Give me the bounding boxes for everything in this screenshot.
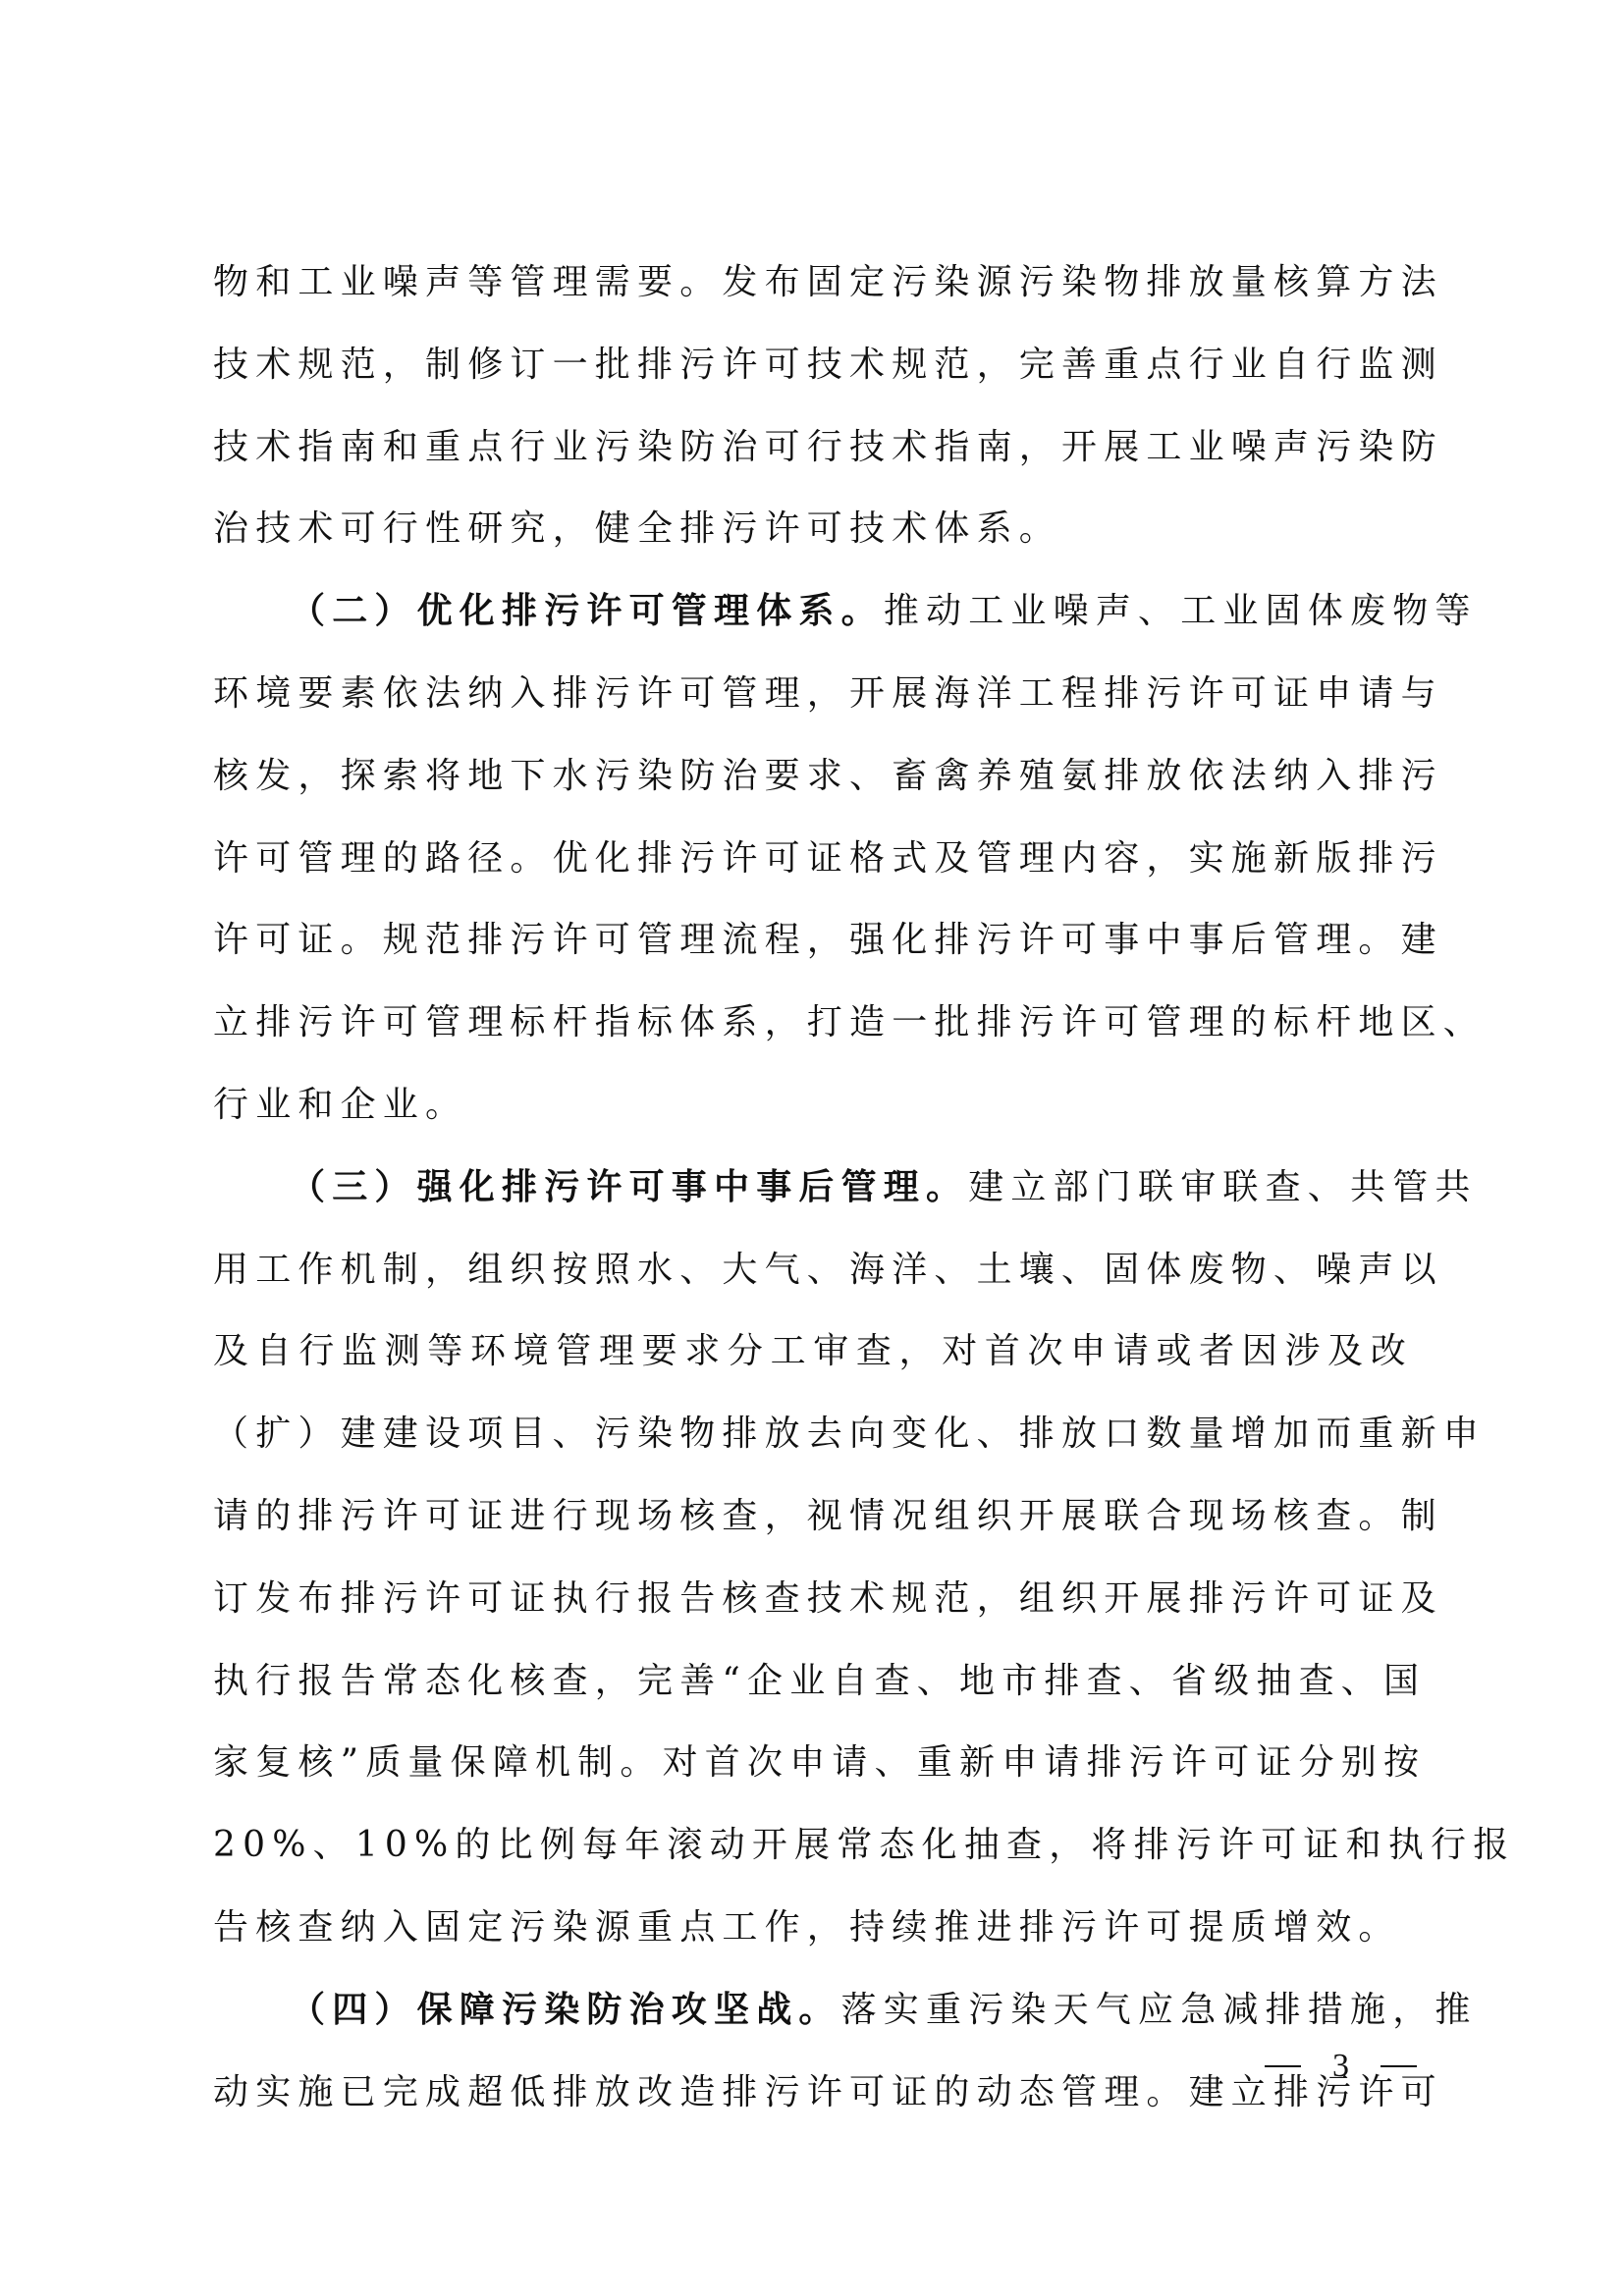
text-line: （扩）建建设项目、污染物排放去向变化、排放口数量增加而重新申 [213, 1393, 1413, 1475]
text-line: 动实施已完成超低排放改造排污许可证的动态管理。建立排污许可 [213, 2052, 1413, 2134]
text-line: 立排污许可管理标杆指标体系，打造一批排污许可管理的标杆地区、 [213, 982, 1413, 1064]
document-page: 物和工业噪声等管理需要。发布固定污染源污染物排放量核算方法 技术规范，制修订一批… [0, 0, 1624, 2296]
text-line: 请的排污许可证进行现场核查，视情况组织开展联合现场核查。制 [213, 1475, 1413, 1558]
page-number-footer: 3 [1265, 2042, 1417, 2091]
text-line: 核发，探索将地下水污染防治要求、畜禽养殖氨排放依法纳入排污 [213, 735, 1413, 818]
paragraph-optimize-permit-system: （二）优化排污许可管理体系。推动工业噪声、工业固体废物等 环境要素依法纳入排污许… [213, 570, 1413, 1147]
text-fragment: 推动工业噪声、工业固体废物等 [884, 591, 1478, 631]
text-line: 技术指南和重点行业污染防治可行技术指南，开展工业噪声污染防 [213, 406, 1413, 489]
text-line: 物和工业噪声等管理需要。发布固定污染源污染物排放量核算方法 [213, 241, 1413, 324]
text-line: 20%、10%的比例每年滚动开展常态化抽查，将排污许可证和执行报 [213, 1804, 1413, 1887]
page-number: 3 [1332, 2048, 1349, 2085]
text-line: 及自行监测等环境管理要求分工审查，对首次申请或者因涉及改 [213, 1310, 1413, 1393]
text-line: 治技术可行性研究，健全排污许可技术体系。 [213, 488, 1413, 570]
text-line: 许可管理的路径。优化排污许可证格式及管理内容，实施新版排污 [213, 818, 1413, 900]
text-line: （四）保障污染防治攻坚战。落实重污染天气应急减排措施，推 [213, 1969, 1413, 2052]
paragraph-pollution-battle: （四）保障污染防治攻坚战。落实重污染天气应急减排措施，推 动实施已完成超低排放改… [213, 1969, 1413, 2134]
text-fragment: 建立部门联审联查、共管共 [968, 1167, 1477, 1207]
text-line: 行业和企业。 [213, 1064, 1413, 1147]
text-fragment: 落实重污染天气应急减排措施，推 [841, 1990, 1478, 2030]
paragraph-strengthen-supervision: （三）强化排污许可事中事后管理。建立部门联审联查、共管共 用工作机制，组织按照水… [213, 1147, 1413, 1969]
section-heading-3: （三）强化排污许可事中事后管理。 [290, 1167, 968, 1207]
text-line: （三）强化排污许可事中事后管理。建立部门联审联查、共管共 [213, 1147, 1413, 1229]
text-line: 执行报告常态化核查，完善“企业自查、地市排查、省级抽查、国 [213, 1640, 1413, 1723]
section-heading-4: （四）保障污染防治攻坚战。 [290, 1990, 841, 2030]
text-line: 技术规范，制修订一批排污许可技术规范，完善重点行业自行监测 [213, 324, 1413, 406]
em-dash-right [1380, 2065, 1417, 2067]
text-line: 用工作机制，组织按照水、大气、海洋、土壤、固体废物、噪声以 [213, 1229, 1413, 1311]
text-line: （二）优化排污许可管理体系。推动工业噪声、工业固体废物等 [213, 570, 1413, 653]
paragraph-continuation: 物和工业噪声等管理需要。发布固定污染源污染物排放量核算方法 技术规范，制修订一批… [213, 241, 1413, 570]
text-line: 家复核”质量保障机制。对首次申请、重新申请排污许可证分别按 [213, 1722, 1413, 1804]
text-line: 环境要素依法纳入排污许可管理，开展海洋工程排污许可证申请与 [213, 653, 1413, 735]
section-heading-2: （二）优化排污许可管理体系。 [290, 591, 884, 631]
text-line: 订发布排污许可证执行报告核查技术规范，组织开展排污许可证及 [213, 1558, 1413, 1640]
em-dash-left [1265, 2065, 1301, 2067]
text-line: 许可证。规范排污许可管理流程，强化排污许可事中事后管理。建 [213, 899, 1413, 982]
text-line: 告核查纳入固定污染源重点工作，持续推进排污许可提质增效。 [213, 1887, 1413, 1969]
document-body: 物和工业噪声等管理需要。发布固定污染源污染物排放量核算方法 技术规范，制修订一批… [213, 241, 1413, 2133]
